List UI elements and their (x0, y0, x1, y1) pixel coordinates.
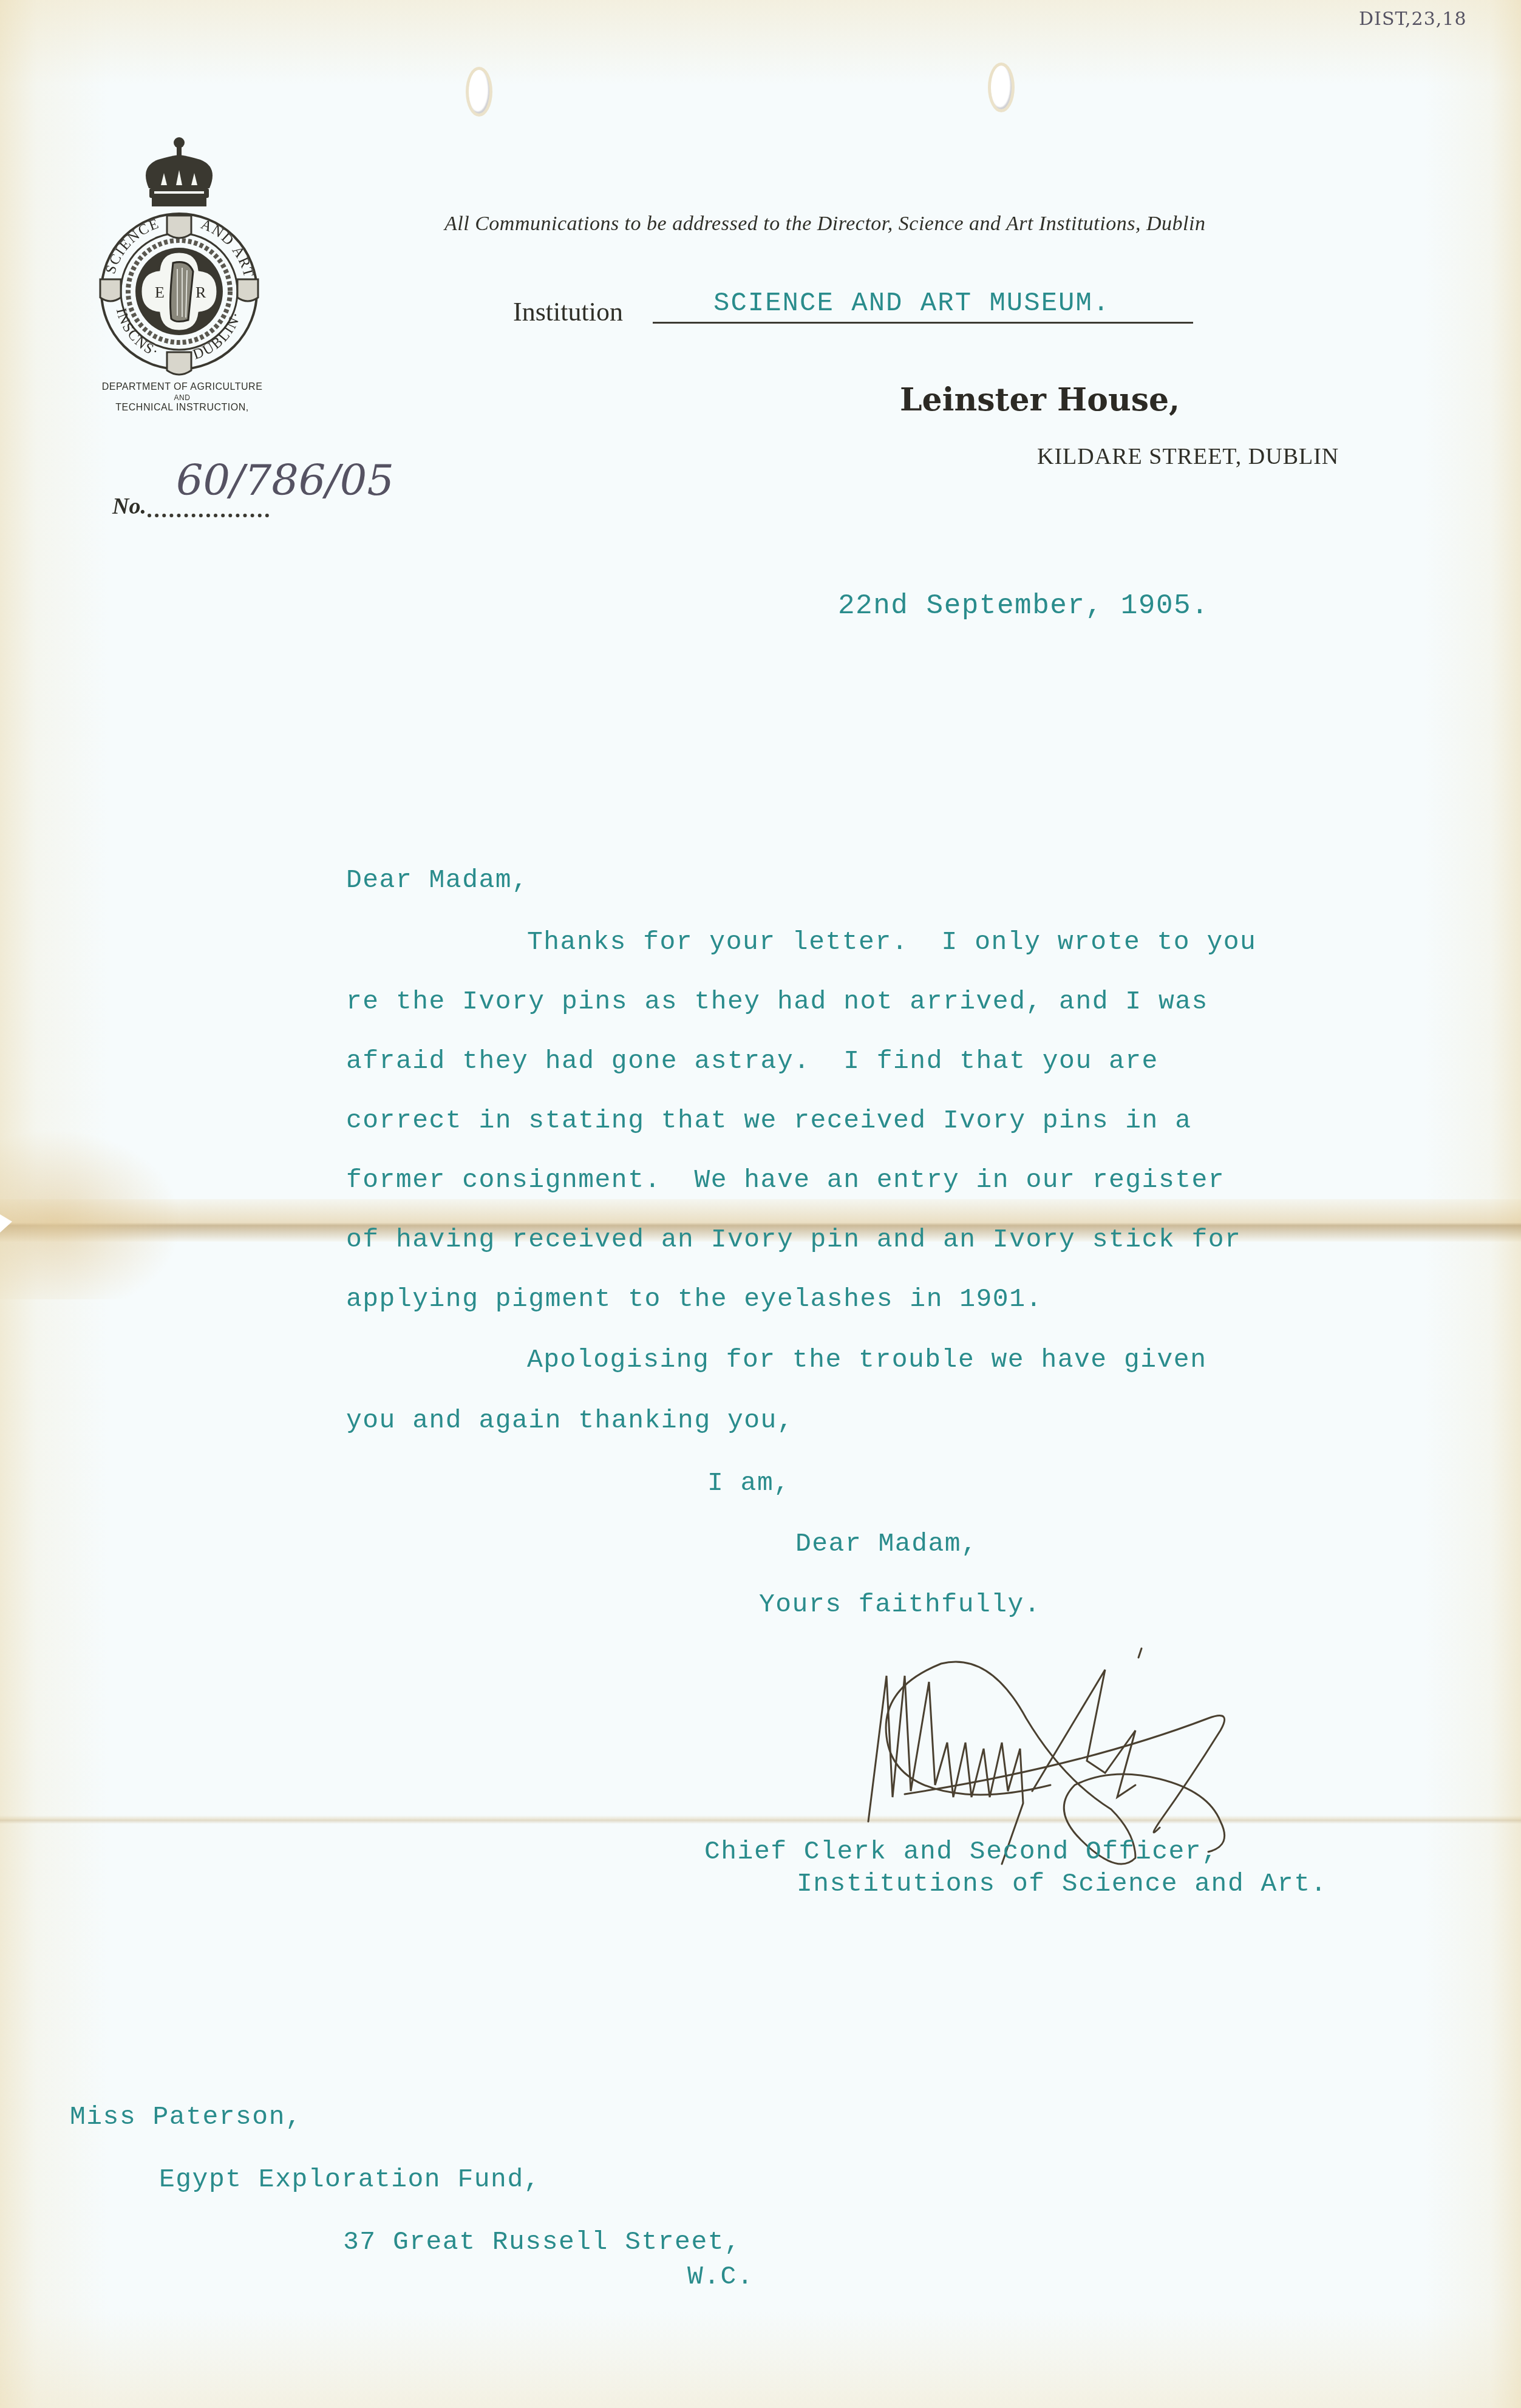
communications-notice: All Communications to be addressed to th… (444, 213, 1205, 236)
svg-text:R: R (196, 284, 206, 301)
department-line: TECHNICAL INSTRUCTION, (61, 402, 304, 414)
recipient-district: W.C. (687, 2262, 754, 2291)
institution-value: SCIENCE AND ART MUSEUM. (713, 288, 1110, 319)
body-line: Thanks for your letter. I only wrote to … (527, 927, 1256, 957)
body-line: correct in stating that we received Ivor… (346, 1106, 1192, 1135)
house-name: Leinster House, (900, 381, 1180, 418)
letter-date: 22nd September, 1905. (838, 590, 1209, 622)
letter-page: DIST,23,18 E R (0, 0, 1521, 2408)
body-line: afraid they had gone astray. I find that… (346, 1046, 1159, 1076)
punch-hole-icon (991, 66, 1012, 109)
body-line: Apologising for the trouble we have give… (527, 1345, 1206, 1375)
department-line: AND (61, 393, 304, 402)
institution-underline (653, 322, 1193, 324)
body-line: of having received an Ivory pin and an I… (346, 1225, 1241, 1254)
recipient-street: 37 Great Russell Street, (343, 2227, 741, 2257)
water-stain (0, 1129, 182, 1299)
reference-value: 60/786/05 (176, 455, 394, 505)
body-line: former consignment. We have an entry in … (346, 1165, 1225, 1195)
signatory-title: Chief Clerk and Second Officer, (704, 1837, 1218, 1866)
recipient-name: Miss Paterson, (70, 2102, 302, 2132)
institution-label: Institution (513, 296, 623, 327)
closing-line: Dear Madam, (795, 1529, 978, 1559)
department-line: DEPARTMENT OF AGRICULTURE (61, 381, 304, 393)
royal-crest-icon: E R SCIENCE AND ART INSCNS· DUBLIN· (91, 131, 267, 376)
punch-hole-icon (469, 70, 489, 114)
reference-label: No. (112, 493, 146, 520)
signatory-institution: Institutions of Science and Art. (797, 1869, 1327, 1899)
archive-reference: DIST,23,18 (1359, 9, 1466, 30)
body-line: re the Ivory pins as they had not arrive… (346, 987, 1208, 1016)
closing-line: Yours faithfully. (759, 1590, 1041, 1619)
department-name: DEPARTMENT OF AGRICULTURE AND TECHNICAL … (61, 381, 304, 414)
closing-line: I am, (707, 1468, 791, 1498)
salutation: Dear Madam, (346, 865, 528, 895)
street-address: KILDARE STREET, DUBLIN (1037, 443, 1339, 470)
recipient-organisation: Egypt Exploration Fund, (159, 2165, 540, 2194)
body-line: you and again thanking you, (346, 1406, 794, 1435)
svg-text:E: E (155, 284, 165, 301)
body-line: applying pigment to the eyelashes in 190… (346, 1284, 1043, 1314)
reference-dotted-line (148, 514, 269, 517)
